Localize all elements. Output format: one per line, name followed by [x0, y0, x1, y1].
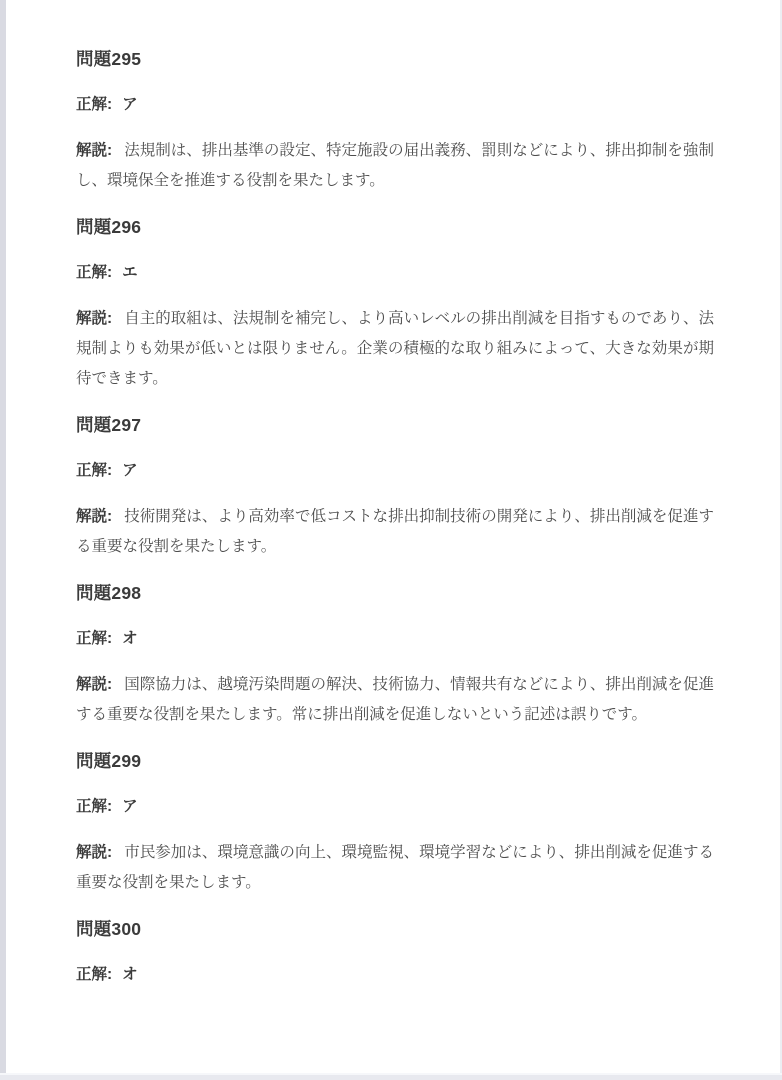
answer-value: オ [122, 630, 138, 647]
explanation-label: 解説: [76, 676, 112, 693]
question-block: 問題299 正解:ア 解説:市民参加は、環境意識の向上、環境監視、環境学習などに… [76, 746, 714, 898]
question-title: 問題298 [76, 578, 714, 608]
explanation-label: 解説: [76, 142, 112, 159]
answer-label: 正解: [76, 798, 112, 815]
explanation-label: 解説: [76, 310, 112, 327]
answer-line: 正解:オ [76, 960, 714, 990]
explanation-text: 技術開発は、より高効率で低コストな排出抑制技術の開発により、排出削減を促進する重… [76, 508, 714, 555]
page-bottom-margin [0, 1073, 782, 1080]
answer-label: 正解: [76, 966, 112, 983]
answer-value: オ [122, 966, 138, 983]
answer-label: 正解: [76, 462, 112, 479]
answer-line: 正解:ア [76, 456, 714, 486]
question-block: 問題295 正解:ア 解説:法規制は、排出基準の設定、特定施設の届出義務、罰則な… [76, 44, 714, 196]
question-block: 問題297 正解:ア 解説:技術開発は、より高効率で低コストな排出抑制技術の開発… [76, 410, 714, 562]
answer-label: 正解: [76, 96, 112, 113]
explanation-line: 解説:技術開発は、より高効率で低コストな排出抑制技術の開発により、排出削減を促進… [76, 502, 714, 562]
document-page: 問題295 正解:ア 解説:法規制は、排出基準の設定、特定施設の届出義務、罰則な… [0, 0, 782, 1080]
explanation-text: 国際協力は、越境汚染問題の解決、技術協力、情報共有などにより、排出削減を促進する… [76, 676, 714, 723]
explanation-text: 法規制は、排出基準の設定、特定施設の届出義務、罰則などにより、排出抑制を強制し、… [76, 142, 714, 189]
question-title: 問題295 [76, 44, 714, 74]
answer-line: 正解:ア [76, 792, 714, 822]
question-title: 問題296 [76, 212, 714, 242]
question-block: 問題298 正解:オ 解説:国際協力は、越境汚染問題の解決、技術協力、情報共有な… [76, 578, 714, 730]
explanation-line: 解説:法規制は、排出基準の設定、特定施設の届出義務、罰則などにより、排出抑制を強… [76, 136, 714, 196]
answer-line: 正解:ア [76, 90, 714, 120]
answer-value: エ [122, 264, 138, 281]
question-title: 問題297 [76, 410, 714, 440]
answer-line: 正解:エ [76, 258, 714, 288]
answer-key-content: 問題295 正解:ア 解説:法規制は、排出基準の設定、特定施設の届出義務、罰則な… [0, 0, 782, 1006]
explanation-text: 自主的取組は、法規制を補完し、より高いレベルの排出削減を目指すものであり、法規制… [76, 310, 714, 387]
question-title: 問題299 [76, 746, 714, 776]
answer-value: ア [122, 96, 138, 113]
explanation-line: 解説:自主的取組は、法規制を補完し、より高いレベルの排出削減を目指すものであり、… [76, 304, 714, 394]
explanation-text: 市民参加は、環境意識の向上、環境監視、環境学習などにより、排出削減を促進する重要… [76, 844, 714, 891]
explanation-label: 解説: [76, 844, 112, 861]
answer-value: ア [122, 798, 138, 815]
question-block: 問題300 正解:オ [76, 914, 714, 990]
question-title: 問題300 [76, 914, 714, 944]
explanation-label: 解説: [76, 508, 112, 525]
answer-value: ア [122, 462, 138, 479]
answer-label: 正解: [76, 264, 112, 281]
explanation-line: 解説:国際協力は、越境汚染問題の解決、技術協力、情報共有などにより、排出削減を促… [76, 670, 714, 730]
answer-label: 正解: [76, 630, 112, 647]
answer-line: 正解:オ [76, 624, 714, 654]
question-block: 問題296 正解:エ 解説:自主的取組は、法規制を補完し、より高いレベルの排出削… [76, 212, 714, 394]
explanation-line: 解説:市民参加は、環境意識の向上、環境監視、環境学習などにより、排出削減を促進す… [76, 838, 714, 898]
